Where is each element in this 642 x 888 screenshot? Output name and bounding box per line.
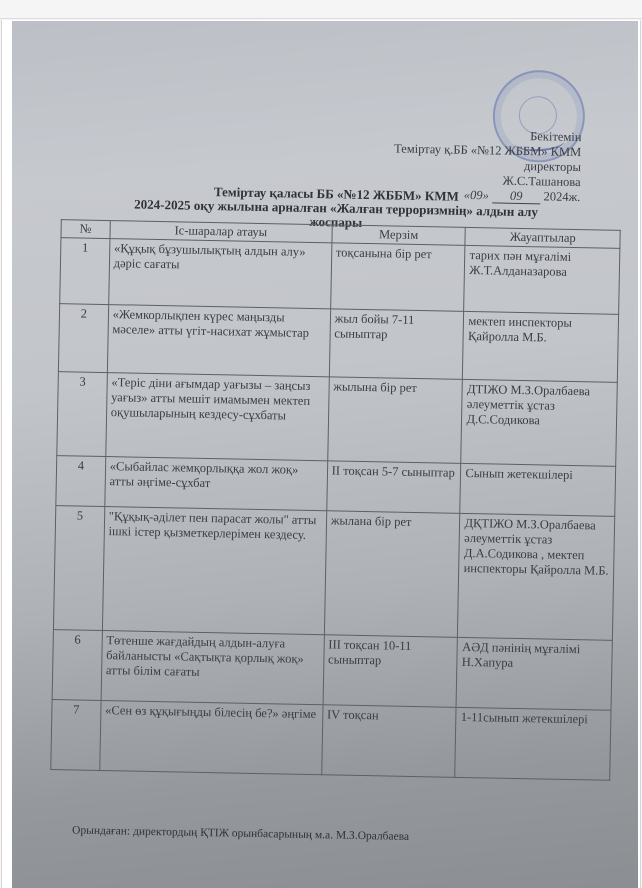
cell-num: 2 bbox=[58, 304, 108, 373]
cell-activity: «Теріс діни ағымдар уағызы – заңсыз уағы… bbox=[106, 373, 330, 461]
cell-num: 3 bbox=[57, 372, 107, 457]
cell-responsible: тарих пән мұғалімі Ж.Т.Алданазарова bbox=[464, 245, 620, 314]
cell-responsible: Сынып жетекшілері bbox=[460, 463, 615, 516]
cell-date: IV тоқсан bbox=[321, 705, 456, 778]
viewer-top-bar bbox=[0, 0, 642, 19]
cell-date: жыл бойы 7-11 сыныптар bbox=[329, 309, 464, 380]
cell-num: 5 bbox=[53, 506, 104, 631]
cell-responsible: ДҚТІЖО М.З.Оралбаева әлеуметтік ұстаз Д.… bbox=[458, 513, 615, 640]
header-num: № bbox=[61, 220, 110, 239]
paper-sheet: Бекітемін Теміртау қ.ББ «№12 ЖББМ» КММ д… bbox=[12, 21, 638, 888]
table-row: 5 "Құқық-әділет пен парасат жолы" атты і… bbox=[53, 506, 614, 641]
cell-activity: Төтенше жағдайдың алдын-алуға байланысты… bbox=[101, 631, 324, 705]
cell-date: тоқсанына бір рет bbox=[330, 243, 465, 312]
document-photo: Бекітемін Теміртау қ.ББ «№12 ЖББМ» КММ д… bbox=[12, 21, 638, 888]
cell-num: 6 bbox=[52, 630, 102, 701]
cell-activity: «Жемкорлықпен күрес маңызды мәселе» атты… bbox=[107, 305, 330, 377]
cell-num: 4 bbox=[56, 456, 106, 507]
table-row: 7 «Сен өз құқығыңды білесің бе?» әңгіме … bbox=[51, 700, 611, 781]
cell-activity: «Құқық бұзушылықтың алдын алу» дәріс сағ… bbox=[108, 239, 331, 309]
cell-date: жылына бір рет bbox=[327, 377, 462, 464]
cell-responsible: 1-11сынып жетекшілері bbox=[455, 707, 611, 780]
cell-num: 1 bbox=[60, 238, 110, 305]
cell-date: II тоқсан 5-7 сыныптар bbox=[326, 461, 461, 514]
table-row: 3 «Теріс діни ағымдар уағызы – заңсыз уа… bbox=[57, 372, 618, 467]
cell-date: III тоқсан 10-11 сыныптар bbox=[323, 635, 458, 708]
cell-responsible: мектеп инспекторы Қайролла М.Б. bbox=[463, 311, 619, 382]
table-row: 2 «Жемкорлықпен күрес маңызды мәселе» ат… bbox=[58, 304, 618, 383]
cell-date: жылана бір рет bbox=[324, 511, 460, 638]
plan-table: № Іс-шаралар атауы Мерзім Жауаптылар 1 «… bbox=[50, 219, 620, 781]
cell-responsible: ДТІЖО М.З.Оралбаева әлеуметтік ұстаз Д.С… bbox=[461, 379, 617, 466]
executor-note: Орындаған: директордың ҚТІЖ орынбасарыны… bbox=[72, 824, 409, 842]
cell-activity: "Құқық-әділет пен парасат жолы" атты ішк… bbox=[102, 507, 326, 635]
cell-activity: «Сыбайлас жемқорлыққа жол жоқ» атты әңгі… bbox=[105, 457, 328, 511]
cell-activity: «Сен өз құқығыңды білесің бе?» әңгіме bbox=[99, 700, 322, 774]
cell-responsible: АӘД пәнінің мұғалімі Н.Хапура bbox=[456, 637, 612, 710]
cell-num: 7 bbox=[51, 700, 101, 771]
table-row: 6 Төтенше жағдайдың алдын-алуға байланыс… bbox=[52, 630, 612, 711]
table-row: 1 «Құқық бұзушылықтың алдын алу» дәріс с… bbox=[60, 238, 620, 315]
